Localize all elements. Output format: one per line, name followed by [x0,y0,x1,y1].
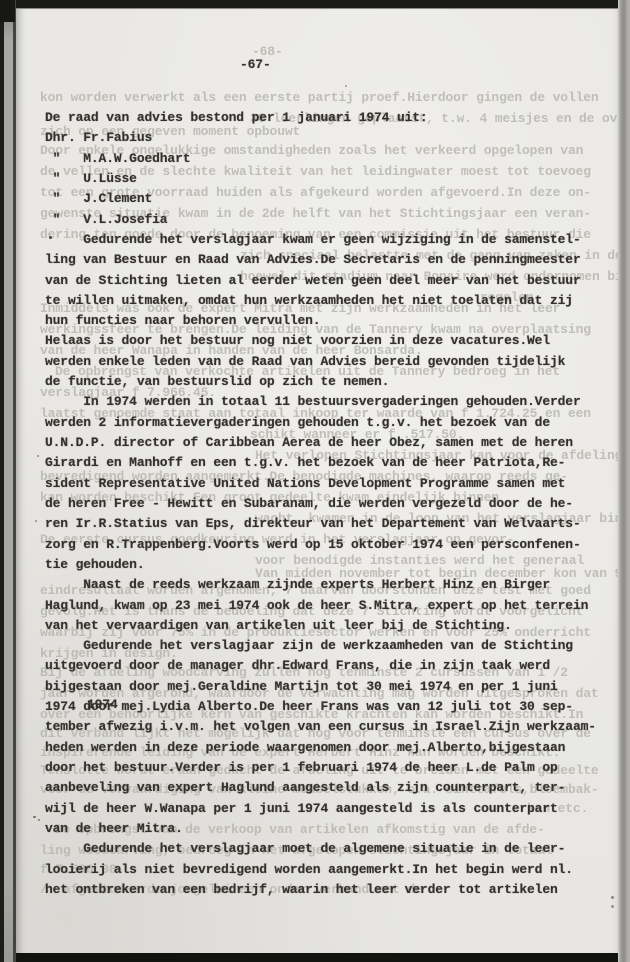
typed-line: van de Stichting lieten al eerder weten … [45,271,596,291]
typed-line: wijl de heer W.Wanapa per 1 juni 1974 aa… [45,799,596,819]
noise-speck [33,816,36,818]
typed-line: " J.Clement [45,189,596,209]
typed-line: hun functies naar behoren vervullen. [45,311,596,331]
typed-line: het ontbreken van een bedrijf, waarin he… [45,880,596,900]
typed-line: bijgestaan door mej.Geraldine Martijn to… [45,677,596,697]
typed-line: " V.L.Josefia [45,210,596,230]
scan-border-bottom [0,953,630,962]
typed-line: van de heer Mitra. [45,819,596,839]
typed-line: door het bestuur.Verder is per 1 februar… [45,758,596,778]
noise-speck [35,520,37,522]
typed-line: Dhr. Fr.Fabius [45,128,596,148]
typed-line: sident Representative United Nations Dev… [45,474,596,494]
typed-line: de heren Free - Hewitt en Subaranam, die… [45,494,596,514]
typed-line: Girardi en Manhoff en een t.g.v. het bez… [45,453,596,473]
typed-line: " U.Lüsse [45,169,596,189]
noise-speck [38,819,40,821]
typed-line: Gedurende het verslagjaar zijn de werkza… [45,636,596,656]
typed-line: ren Ir.R.Statius van Eps, direkteur van … [45,514,596,534]
typed-line: tie gehouden. [45,555,596,575]
typed-line: aanbeveling van expert Haglund aangestel… [45,778,596,798]
typed-line: uitgevoerd door de manager dhr.Edward Fr… [45,656,596,676]
scan-corner-mark [0,0,15,22]
typed-line: In 1974 werden in totaal 11 bestuursverg… [45,392,596,412]
typed-line: looierij als niet bevredigend worden aan… [45,860,596,880]
typed-line: zorg en R.Trappenberg.Voorts werd op 15 … [45,535,596,555]
typed-line: te willen uitmaken, omdat hun werkzaamhe… [45,291,596,311]
scan-border-left [0,0,4,962]
typed-line: van het vervaardigen van artikelen uit l… [45,616,596,636]
scan-root: -68-kon worden verwerkt als een eerste p… [0,0,630,962]
typed-line: werden 2 informatievergaderingen gehoude… [45,413,596,433]
noise-speck [345,85,347,87]
typed-line: Gedurende het verslagjaar kwam er geen w… [45,230,596,250]
typed-line: U.N.D.P. director of Caribbean Aerea de … [45,433,596,453]
typed-line: de functie, van bestuurslid op zich te n… [45,372,596,392]
document-page: -68-kon worden verwerkt als een eerste p… [16,8,620,955]
typed-line: " M.A.W.Goedhart [45,149,596,169]
typed-line: 1974 door mej.Lydia Alberto.De heer Fran… [45,697,596,717]
noise-speck [611,905,614,908]
typed-line: tember afwezig i.v.m. het volgen van een… [45,717,596,737]
scan-gutter-left [4,0,13,962]
typed-line: Haglund, kwam op 23 mei 1974 ook de heer… [45,596,596,616]
page-fold-line [13,0,16,962]
bleedthrough-line: kon worden verwerkt als een eerste parti… [40,90,599,105]
page-number: -67- [240,57,271,72]
noise-speck [37,455,39,457]
typed-insertion-1974: 1974 [87,697,118,712]
typed-text-layer: De raad van advies bestond per 1 januari… [45,108,596,900]
typed-line: heden werden in deze periode waargenomen… [45,738,596,758]
typed-line: Helaas is door het bestuur nog niet voor… [45,331,596,351]
typed-line: De raad van advies bestond per 1 januari… [45,108,596,128]
noise-speck [49,236,52,239]
scan-border-top [0,0,630,9]
scan-edge-right [618,0,630,962]
typed-line: ling van Bestuur en Raad van Advies.De S… [45,250,596,270]
typed-line: werden enkele leden van de Raad van Advi… [45,352,596,372]
typed-line: Naast de reeds werkzaam zijnde experts H… [45,575,596,595]
typed-line: Gedurende het verslagjaar moet de algeme… [45,839,596,859]
noise-speck [611,896,614,899]
